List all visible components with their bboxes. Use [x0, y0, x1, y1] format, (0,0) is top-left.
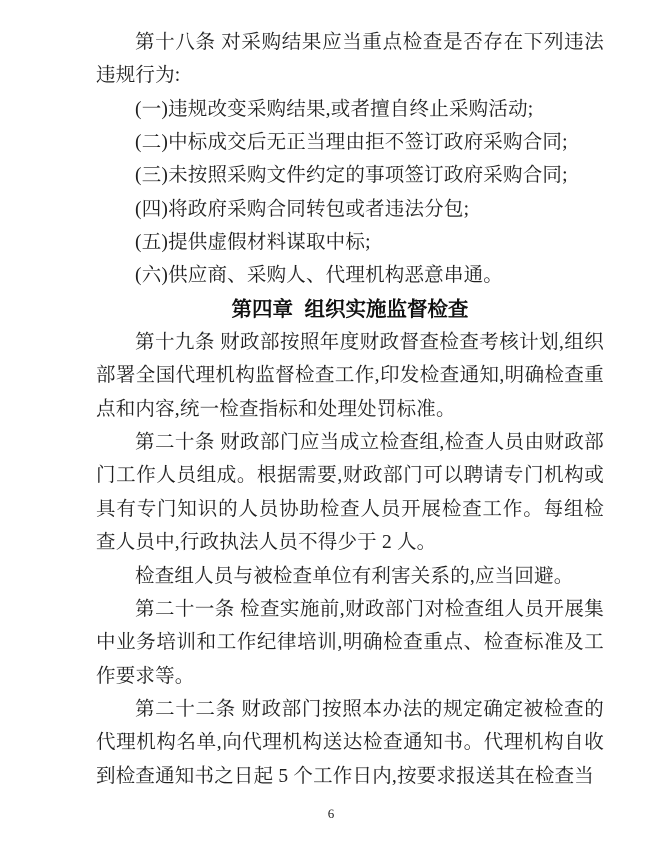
- paragraph-article-22: 第二十二条 财政部门按照本办法的规定确定被检查的代理机构名单,向代理机构送达检查…: [96, 693, 604, 793]
- list-item-1: (一)违规改变采购结果,或者擅自终止采购活动;: [96, 93, 604, 126]
- paragraph-recusal: 检查组人员与被检查单位有利害关系的,应当回避。: [96, 560, 604, 593]
- chapter-4-heading: 第四章 组织实施监督检查: [96, 293, 604, 326]
- list-item-3: (三)未按照采购文件约定的事项签订政府采购合同;: [96, 159, 604, 192]
- paragraph-article-21: 第二十一条 检查实施前,财政部门对检查组人员开展集中业务培训和工作纪律培训,明确…: [96, 593, 604, 693]
- page-number: 6: [0, 806, 662, 822]
- page-content: 第十八条 对采购结果应当重点检查是否存在下列违法违规行为: (一)违规改变采购结…: [96, 26, 604, 793]
- list-item-4: (四)将政府采购合同转包或者违法分包;: [96, 193, 604, 226]
- paragraph-article-19: 第十九条 财政部按照年度财政督查检查考核计划,组织部署全国代理机构监督检查工作,…: [96, 326, 604, 426]
- list-item-2: (二)中标成交后无正当理由拒不签订政府采购合同;: [96, 126, 604, 159]
- document-page: 第十八条 对采购结果应当重点检查是否存在下列违法违规行为: (一)违规改变采购结…: [0, 0, 662, 852]
- paragraph-article-20: 第二十条 财政部门应当成立检查组,检查人员由财政部门工作人员组成。根据需要,财政…: [96, 426, 604, 559]
- paragraph-article-18: 第十八条 对采购结果应当重点检查是否存在下列违法违规行为:: [96, 26, 604, 93]
- list-item-6: (六)供应商、采购人、代理机构恶意串通。: [96, 259, 604, 292]
- list-item-5: (五)提供虚假材料谋取中标;: [96, 226, 604, 259]
